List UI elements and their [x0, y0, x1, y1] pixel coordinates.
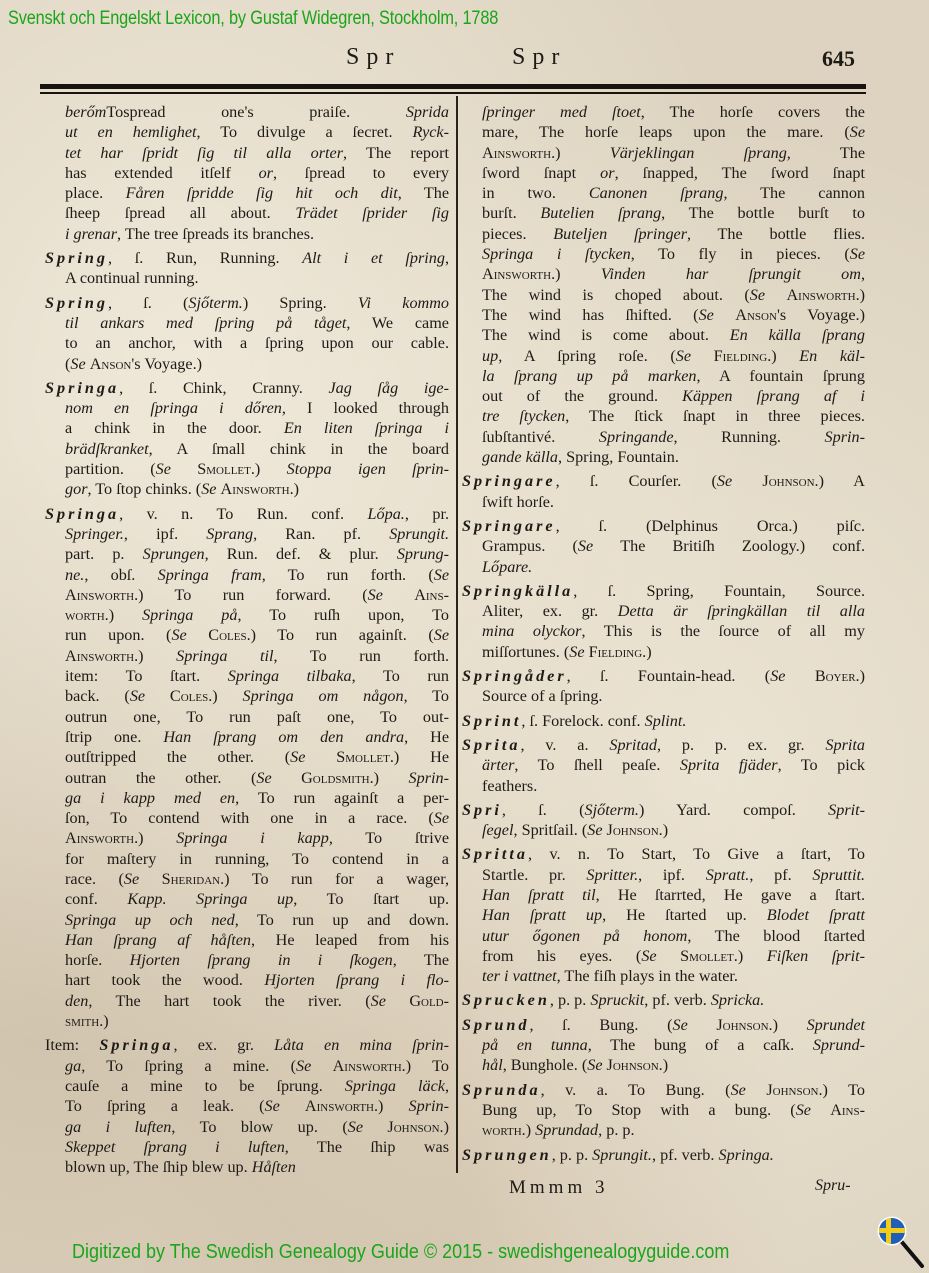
swedish-example: Hjorten ſprang in i ſkogen: [130, 951, 393, 969]
definition-text: ): [860, 667, 865, 685]
definition-text: , ſpread to every: [273, 164, 449, 182]
definition-text: pieces.: [482, 225, 553, 243]
definition-text: , The tree ſpreads its branches.: [117, 225, 314, 243]
entry-line: Startle. pr. Spritter., ipf. Spratt., pf…: [462, 865, 865, 885]
entry-line: Springa i ſtycken, To fly in pieces. (Se: [462, 244, 865, 264]
headword: Sprungen: [462, 1146, 552, 1164]
definition-text: , obſ.: [84, 566, 157, 584]
entry-line: Ainsworth.) Springa til, To run forth.: [45, 646, 449, 666]
entry-headline: Sprunda, v. a. To Bung. (Se Johnson.) To: [462, 1080, 865, 1100]
definition-text: ): [860, 286, 865, 304]
entry-line: place. Fåren ſpridde ſig hit och dit, Th…: [45, 183, 449, 203]
definition-text: , The report: [343, 144, 449, 162]
running-head-left: Spr: [346, 44, 400, 71]
definition-text: , pr.: [405, 505, 449, 523]
swedish-example: ut en hemlighet: [65, 123, 197, 141]
definition-text: , To ſpring a mine. (: [81, 1057, 296, 1075]
entry-line: race. (Se Sheridan.) To run for a wager,: [45, 869, 449, 889]
entry-line: mina olyckor, This is the ſource of all …: [462, 621, 865, 641]
definition-text: , ſ. (: [108, 294, 188, 312]
entry-line: mare, The horſe leaps upon the mare. (Se: [462, 122, 865, 142]
definition-text: , To ſhell peaſe.: [514, 756, 679, 774]
definition-text: ) He: [394, 748, 449, 766]
entry-line: gor, To ſtop chinks. (Se Ainsworth.): [45, 479, 449, 499]
definition-text: , v. n. To Start, To Give a ſtart, To: [528, 845, 865, 863]
dictionary-column-right: ſpringer med ſtoet, The horſe covers the…: [462, 102, 865, 1165]
entry-line: cauſe a mine to be ſprung. Springa läck,: [45, 1076, 449, 1096]
entry-line: Han ſpratt til, He ſtarrted, He gave a ſ…: [462, 885, 865, 905]
definition-text: , Ran. pf.: [253, 525, 389, 543]
definition-text: , v. a. To Bung. (: [541, 1081, 731, 1099]
swedish-example: En liten ſpringa i: [284, 419, 449, 437]
definition-text: , To ſtop chinks. (: [88, 480, 202, 498]
swedish-example: Fåren ſpridde ſig hit och dit: [126, 184, 398, 202]
source-author: Gold-: [409, 992, 449, 1010]
entry-line: The wind is come about. En källa ſprang: [462, 325, 865, 345]
definition-text: , ipf.: [638, 866, 706, 884]
source-author: Coles.: [208, 626, 250, 644]
entry-line: Han ſpratt up, He ſtarted up. Blodet ſpr…: [462, 905, 865, 925]
swedish-example: Se: [256, 769, 301, 787]
entry-headline: Sprint, ſ. Forelock. conf. Splint.: [462, 711, 865, 731]
source-author: Ainsworth.: [482, 144, 555, 162]
swedish-example: Sprita: [825, 736, 865, 754]
swedish-example: Se: [434, 566, 449, 584]
headword: Spring: [45, 249, 108, 267]
definition-text: , Bunghole. (: [503, 1056, 588, 1074]
swedish-example: tet har ſpridt ſig til alla orter: [65, 144, 343, 162]
swedish-example: Spratt.: [706, 866, 750, 884]
swedish-example: Sprita fjäder: [680, 756, 778, 774]
definition-text: , p. p. ex. gr.: [657, 736, 825, 754]
entry-line: to an anchor, with a ſpring upon our cab…: [45, 333, 449, 353]
entry-line: (Se Anson's Voyage.): [45, 354, 449, 374]
entry-line: ne., obſ. Springa fram, To run forth. (S…: [45, 565, 449, 585]
definition-text: item: To ſtart.: [65, 667, 228, 685]
definition-text: ): [444, 1118, 449, 1136]
swedish-example: Sprungit.: [389, 525, 449, 543]
headword: Sprund: [462, 1016, 530, 1034]
swedish-example: Se: [641, 947, 680, 965]
definition-text: , We came: [346, 314, 449, 332]
definition-text: ,: [861, 265, 865, 283]
definition-text: , To ruſh upon, To: [238, 606, 450, 624]
definition-text: blown up, The ſhip blew up.: [65, 1158, 252, 1176]
entry-line: ſword ſnapt or, ſnapped, The ſword ſnapt: [462, 163, 865, 183]
swedish-example: Se: [569, 643, 588, 661]
entry-line: a chink in the door. En liten ſpringa i: [45, 418, 449, 438]
swedish-example: or: [600, 164, 614, 182]
definition-text: outran the other. (: [65, 769, 256, 787]
definition-text: ): [555, 265, 601, 283]
swedish-example: Se: [587, 1056, 606, 1074]
entry-line: out of the ground. Käppen ſprang af i: [462, 386, 865, 406]
swedish-example: hål: [482, 1056, 503, 1074]
swedish-example: ärter: [482, 756, 514, 774]
definition-text: , The: [393, 951, 449, 969]
swedish-example: Se: [124, 870, 162, 888]
source-author: Johnson.: [766, 1081, 822, 1099]
entry-line: ter i vattnet, The fiſh plays in the wat…: [462, 966, 865, 986]
swedish-example: Se: [750, 286, 787, 304]
swedish-example: Springa fram: [158, 566, 262, 584]
entry-line: til ankars med ſpring på tåget, We came: [45, 313, 449, 333]
entry-line: smith.): [45, 1011, 449, 1031]
entry-line: outſtripped the other. (Se Smollet.) He: [45, 747, 449, 767]
definition-text: , The ſhip was: [285, 1138, 449, 1156]
definition-text: Source of a ſpring.: [482, 687, 602, 705]
entry-line: ſon, To contend with one in a race. (Se: [45, 808, 449, 828]
definition-text: ) To: [406, 1057, 449, 1075]
swedish-example: ga: [65, 1057, 81, 1075]
definition-text: , Run. def. & plur.: [205, 545, 397, 563]
entry-headline: Spritta, v. n. To Start, To Give a ſtart…: [462, 844, 865, 864]
swedish-example: Sprin-: [409, 769, 449, 787]
swedish-example: ter i vattnet: [482, 967, 557, 985]
definition-text: , He: [404, 728, 449, 746]
header-rule-thin: [40, 92, 866, 94]
definition-text: ) Spring.: [243, 294, 358, 312]
swedish-example: Han ſpratt up: [482, 906, 602, 924]
definition-text: ) To run for a wager,: [224, 870, 449, 888]
printer-signature-mark: Mmmm 3: [509, 1177, 608, 1199]
swedish-example: Se: [156, 460, 198, 478]
entry-headline: Sprungen, p. p. Sprungit., pf. verb. Spr…: [462, 1145, 865, 1165]
definition-text: from his eyes. (: [482, 947, 641, 965]
entry-headline: Sprucken, p. p. Spruckit, pf. verb. Spri…: [462, 990, 865, 1010]
definition-text: , The bottle flies.: [687, 225, 865, 243]
definition-text: 's Voyage.): [777, 306, 865, 324]
definition-text: , To run: [352, 667, 449, 685]
source-author: Coles.: [170, 687, 212, 705]
collection-title-banner: Svenskt och Engelskt Lexicon, by Gustaf …: [8, 8, 498, 30]
entry-line: To ſpring a leak. (Se Ainsworth.) Sprin-: [45, 1096, 449, 1116]
entry-line: Ainsworth.) To run forward. (Se Ains-: [45, 585, 449, 605]
swedish-example: Springa up: [196, 890, 293, 908]
swedish-example: En källa ſprang: [730, 326, 865, 344]
swedish-example: En käl-: [799, 347, 865, 365]
definition-text: ): [773, 1016, 807, 1034]
definition-text: , The bottle burſt to: [661, 204, 865, 222]
swedish-example: Värjeklingan ſprang: [610, 144, 787, 162]
definition-text: , To run againſt a per-: [235, 789, 449, 807]
entry-headline: Sprund, ſ. Bung. (Se Johnson.) Sprundet: [462, 1015, 865, 1035]
definition-text: Item:: [45, 1036, 99, 1054]
swedish-example: Butelien ſprang: [540, 204, 661, 222]
entry-line: Grampus. (Se The Britiſh Zoology.) conf.: [462, 536, 865, 556]
headword: Springa: [45, 379, 119, 397]
definition-text: feathers.: [482, 777, 537, 795]
definition-text: , The bung of a caſk.: [588, 1036, 813, 1054]
definition-text: , To run forth. (: [262, 566, 434, 584]
definition-text: , ſ. Courſer. (: [556, 472, 717, 490]
entry-line: ſpringer med ſtoet, The horſe covers the: [462, 102, 865, 122]
definition-text: , p. p.: [552, 1146, 592, 1164]
swedish-example: brädſkranket: [65, 440, 149, 458]
definition-text: , Running.: [674, 428, 825, 446]
swedish-example: berőm: [65, 103, 106, 121]
source-author: Sheridan.: [162, 870, 225, 888]
definition-text: ) Yard. compoſ.: [639, 801, 828, 819]
entry-line: A continual running.: [45, 268, 449, 288]
swedish-example: Springa läck: [345, 1077, 445, 1095]
entry-line: burſt. Butelien ſprang, The bottle burſt…: [462, 203, 865, 223]
entry-line: back. (Se Coles.) Springa om någon, To: [45, 686, 449, 706]
definition-text: , v. a.: [521, 736, 610, 754]
entry-line: hål, Bunghole. (Se Johnson.): [462, 1055, 865, 1075]
swedish-example: på en tunna: [482, 1036, 588, 1054]
swedish-example: Se: [672, 1016, 716, 1034]
swedish-example: Spricka.: [711, 991, 765, 1009]
definition-text: ): [138, 829, 176, 847]
definition-text: ſheep ſpread all about.: [65, 204, 295, 222]
swedish-example: den: [65, 992, 88, 1010]
definition-text: , To run up and down.: [235, 911, 449, 929]
entry-headline: Springkälla, ſ. Spring, Fountain, Source…: [462, 581, 865, 601]
swedish-example: Se: [587, 821, 606, 839]
entry-line: Ainsworth.) Springa i kapp, To ſtrive: [45, 828, 449, 848]
definition-text: , The: [398, 184, 449, 202]
entry-line: horſe. Hjorten ſprang in i ſkogen, The: [45, 950, 449, 970]
headword: Sprucken: [462, 991, 550, 1009]
definition-text: burſt.: [482, 204, 540, 222]
entry-line: Skeppet ſprang i luften, The ſhip was: [45, 1137, 449, 1157]
swedish-example: nom en ſpringa i dőren: [65, 399, 282, 417]
swedish-example: Käppen ſprang af i: [682, 387, 865, 405]
swedish-example: Se: [290, 748, 336, 766]
definition-text: Aliter, ex. gr.: [482, 602, 618, 620]
source-author: worth.: [65, 606, 109, 624]
definition-text: place.: [65, 184, 126, 202]
source-author: Ains-: [414, 586, 449, 604]
swedish-example: Se: [371, 992, 410, 1010]
definition-text: ): [103, 1012, 108, 1030]
definition-text: , A fountain ſprung: [696, 367, 865, 385]
definition-text: run upon. (: [65, 626, 171, 644]
swedish-example: Se: [578, 537, 620, 555]
swedish-example: Se: [130, 687, 170, 705]
definition-text: , He ſtarted up.: [602, 906, 767, 924]
entry-line: conf. Kapp. Springa up, To ſtart up.: [45, 889, 449, 909]
entry-line: nom en ſpringa i dőren, I looked through: [45, 398, 449, 418]
entry-line: ut en hemlighet, To divulge a ſecret. Ry…: [45, 122, 449, 142]
definition-text: , To ſtrive: [329, 829, 449, 847]
definition-text: out of the ground.: [482, 387, 682, 405]
entry-headline: Springare, ſ. (Delphinus Orca.) piſc.: [462, 516, 865, 536]
swedish-example: Blodet ſpratt: [767, 906, 865, 924]
source-author: Ainsworth.: [65, 586, 138, 604]
definition-text: , ſ. (Delphinus Orca.) piſc.: [556, 517, 865, 535]
definition-text: , The cannon: [723, 184, 865, 202]
swedish-example: Sprungen: [143, 545, 205, 563]
definition-text: ): [294, 480, 299, 498]
definition-text: ſwift horſe.: [482, 493, 554, 511]
definition-text: ): [526, 1121, 535, 1139]
definition-text: ): [212, 687, 242, 705]
swedish-example: Stoppa igen ſprin-: [287, 460, 449, 478]
headword: Sprita: [462, 736, 521, 754]
swedish-example: Sjőterm.: [188, 294, 242, 312]
swedish-example: Se: [699, 306, 736, 324]
swedish-example: Låta en mina ſprin-: [274, 1036, 449, 1054]
swedish-example: Jag ſåg ige-: [329, 379, 450, 397]
entry-line: Ainsworth.) Vinden har ſprungit om,: [462, 264, 865, 284]
digitization-credit: Digitized by The Swedish Genealogy Guide…: [72, 1241, 729, 1264]
definition-text: ſtrip one.: [65, 728, 163, 746]
entry-line: item: To ſtart. Springa tilbaka, To run: [45, 666, 449, 686]
entry-line: Aliter, ex. gr. Detta är ſpringkällan ti…: [462, 601, 865, 621]
swedish-example: Se: [850, 245, 865, 263]
definition-text: , He leaped from his: [251, 931, 449, 949]
swedish-example: Spruckit: [590, 991, 644, 1009]
definition-text: , To run forth.: [274, 647, 450, 665]
swedish-example: Vinden har ſprungit om: [601, 265, 861, 283]
swedish-example: Spruttit.: [812, 866, 865, 884]
definition-text: in two.: [482, 184, 589, 202]
source-author: Johnson.: [762, 472, 818, 490]
definition-text: ): [138, 647, 176, 665]
definition-text: outrun one, To run paſt one, To out-: [65, 708, 449, 726]
magnifier-swedish-flag-icon[interactable]: [872, 1214, 928, 1270]
definition-text: 's Voyage.): [131, 355, 202, 373]
definition-text: horſe.: [65, 951, 130, 969]
headword: Springare: [462, 472, 556, 490]
definition-text: , pf. verb.: [652, 1146, 719, 1164]
source-author: Ainsworth.: [65, 647, 138, 665]
swedish-example: Han ſpratt til: [482, 886, 596, 904]
entry-line: utur őgonen på honom, The blood ſtarted: [462, 926, 865, 946]
swedish-example: ga i kapp med en: [65, 789, 235, 807]
entry-line: Springa up och ned, To run up and down.: [45, 910, 449, 930]
source-author: smith.: [65, 1012, 103, 1030]
entry-line: ga i kapp med en, To run againſt a per-: [45, 788, 449, 808]
swedish-example: Se: [368, 586, 415, 604]
swedish-example: Detta är ſpringkällan til alla: [618, 602, 865, 620]
definition-text: , The ſtick ſnapt in three pieces.: [565, 407, 865, 425]
swedish-example: Se: [770, 667, 815, 685]
definition-text: To ſpring a leak. (: [65, 1097, 265, 1115]
swedish-example: Se: [296, 1057, 333, 1075]
definition-text: part. p.: [65, 545, 143, 563]
definition-text: , p. p.: [598, 1121, 634, 1139]
swedish-example: Spritad: [609, 736, 657, 754]
swedish-example: Hjorten ſprang i flo-: [264, 971, 449, 989]
definition-text: , ex. gr.: [173, 1036, 274, 1054]
entry-line: worth.) Sprundad, p. p.: [462, 1120, 865, 1140]
entry-line: ga i luften, To blow up. (Se Johnson.): [45, 1117, 449, 1137]
definition-text: , The blood ſtarted: [687, 927, 865, 945]
swedish-example: Kapp.: [127, 890, 166, 908]
definition-text: ): [109, 606, 142, 624]
entry-line: partition. (Se Smollet.) Stoppa igen ſpr…: [45, 459, 449, 479]
headword: Springa: [45, 505, 119, 523]
entry-line: pieces. Buteljen ſpringer, The bottle fl…: [462, 224, 865, 244]
headword: Springkälla: [462, 582, 573, 600]
definition-text: ) To: [823, 1081, 865, 1099]
swedish-example: ga i luften: [65, 1118, 171, 1136]
definition-text: Grampus. (: [482, 537, 578, 555]
definition-text: ) To run againſt. (: [251, 626, 434, 644]
definition-text: , ſ. Run, Running.: [108, 249, 302, 267]
entry-line: den, The hart took the river. (Se Gold-: [45, 991, 449, 1011]
definition-text: outſtripped the other. (: [65, 748, 290, 766]
definition-text: , Spring, Fountain.: [558, 448, 679, 466]
definition-text: , ſ. Forelock. conf.: [521, 712, 644, 730]
definition-text: The wind has ſhifted. (: [482, 306, 699, 324]
entry-line: ärter, To ſhell peaſe. Sprita fjäder, To…: [462, 755, 865, 775]
entry-headline: Sprita, v. a. Spritad, p. p. ex. gr. Spr…: [462, 735, 865, 755]
entry-line: for maſtery in running, To contend in a: [45, 849, 449, 869]
entry-headline: Springåder, ſ. Fountain-head. (Se Boyer.…: [462, 666, 865, 686]
definition-text: , ſ. Chink, Cranny.: [119, 379, 328, 397]
entry-line: ſheep ſpread all about. Trädet ſprider ſ…: [45, 203, 449, 223]
source-author: Johnson.: [607, 821, 663, 839]
headword: Springare: [462, 517, 556, 535]
definition-text: , The fiſh plays in the water.: [557, 967, 738, 985]
swedish-example: Se: [676, 347, 714, 365]
entry-line: in two. Canonen ſprang, The cannon: [462, 183, 865, 203]
definition-text: , To blow up. (: [171, 1118, 347, 1136]
definition-text: , To fly in pieces. (: [631, 245, 850, 263]
swedish-example: Sprin-: [825, 428, 865, 446]
definition-text: , A ſpring roſe. (: [498, 347, 676, 365]
entry-line: i grenar, The tree ſpreads its branches.: [45, 224, 449, 244]
definition-text: ſubſtantivé.: [482, 428, 599, 446]
definition-text: to an anchor, with a ſpring upon our cab…: [65, 334, 449, 352]
swedish-example: Sprida: [406, 103, 449, 121]
swedish-example: Lőpa.: [368, 505, 405, 523]
definition-text: miſſortunes. (: [482, 643, 569, 661]
entry-line: la ſprang up på marken, A fountain ſprun…: [462, 366, 865, 386]
source-author: Smollet.: [336, 748, 394, 766]
source-author: Fielding.: [589, 643, 647, 661]
swedish-example: Springa om någon: [242, 687, 403, 705]
definition-text: , This is the ſource of all my: [581, 622, 865, 640]
entry-line: gande källa, Spring, Fountain.: [462, 447, 865, 467]
definition-text: ): [771, 347, 799, 365]
swedish-example: mina olyckor: [482, 622, 581, 640]
swedish-example: Buteljen ſpringer: [553, 225, 687, 243]
source-author: Anson: [90, 355, 132, 373]
definition-text: cauſe a mine to be ſprung.: [65, 1077, 345, 1095]
swedish-example: Trädet ſprider ſig: [295, 204, 449, 222]
source-author: Goldsmith.: [301, 769, 374, 787]
swedish-example: Springa i kapp: [176, 829, 329, 847]
source-author: Ainsworth.: [333, 1057, 406, 1075]
swedish-example: Se: [70, 355, 89, 373]
source-author: Ains-: [830, 1101, 865, 1119]
definition-text: ſword ſnapt: [482, 164, 600, 182]
swedish-example: Se: [717, 472, 763, 490]
entry-headline: Springare, ſ. Courſer. (Se Johnson.) A: [462, 471, 865, 491]
definition-text: ): [374, 769, 409, 787]
definition-text: , ſ. Spring, Fountain, Source.: [573, 582, 865, 600]
swedish-example: Se: [265, 1097, 305, 1115]
swedish-example: i grenar: [65, 225, 117, 243]
swedish-example: or: [259, 164, 273, 182]
definition-text: , ipf.: [124, 525, 206, 543]
definition-text: Startle. pr.: [482, 866, 586, 884]
definition-text: , v. n. To Run. conf.: [119, 505, 367, 523]
swedish-example: Lőpare.: [482, 558, 532, 576]
swedish-example: ſpringer med ſtoet: [482, 103, 641, 121]
entry-line: Lőpare.: [462, 557, 865, 577]
headword: Spritta: [462, 845, 528, 863]
definition-text: The wind is come about.: [482, 326, 730, 344]
source-author: Ainsworth.: [65, 829, 138, 847]
headword: Spring: [45, 294, 108, 312]
entry-line: ſegel, Spritſail. (Se Johnson.): [462, 820, 865, 840]
